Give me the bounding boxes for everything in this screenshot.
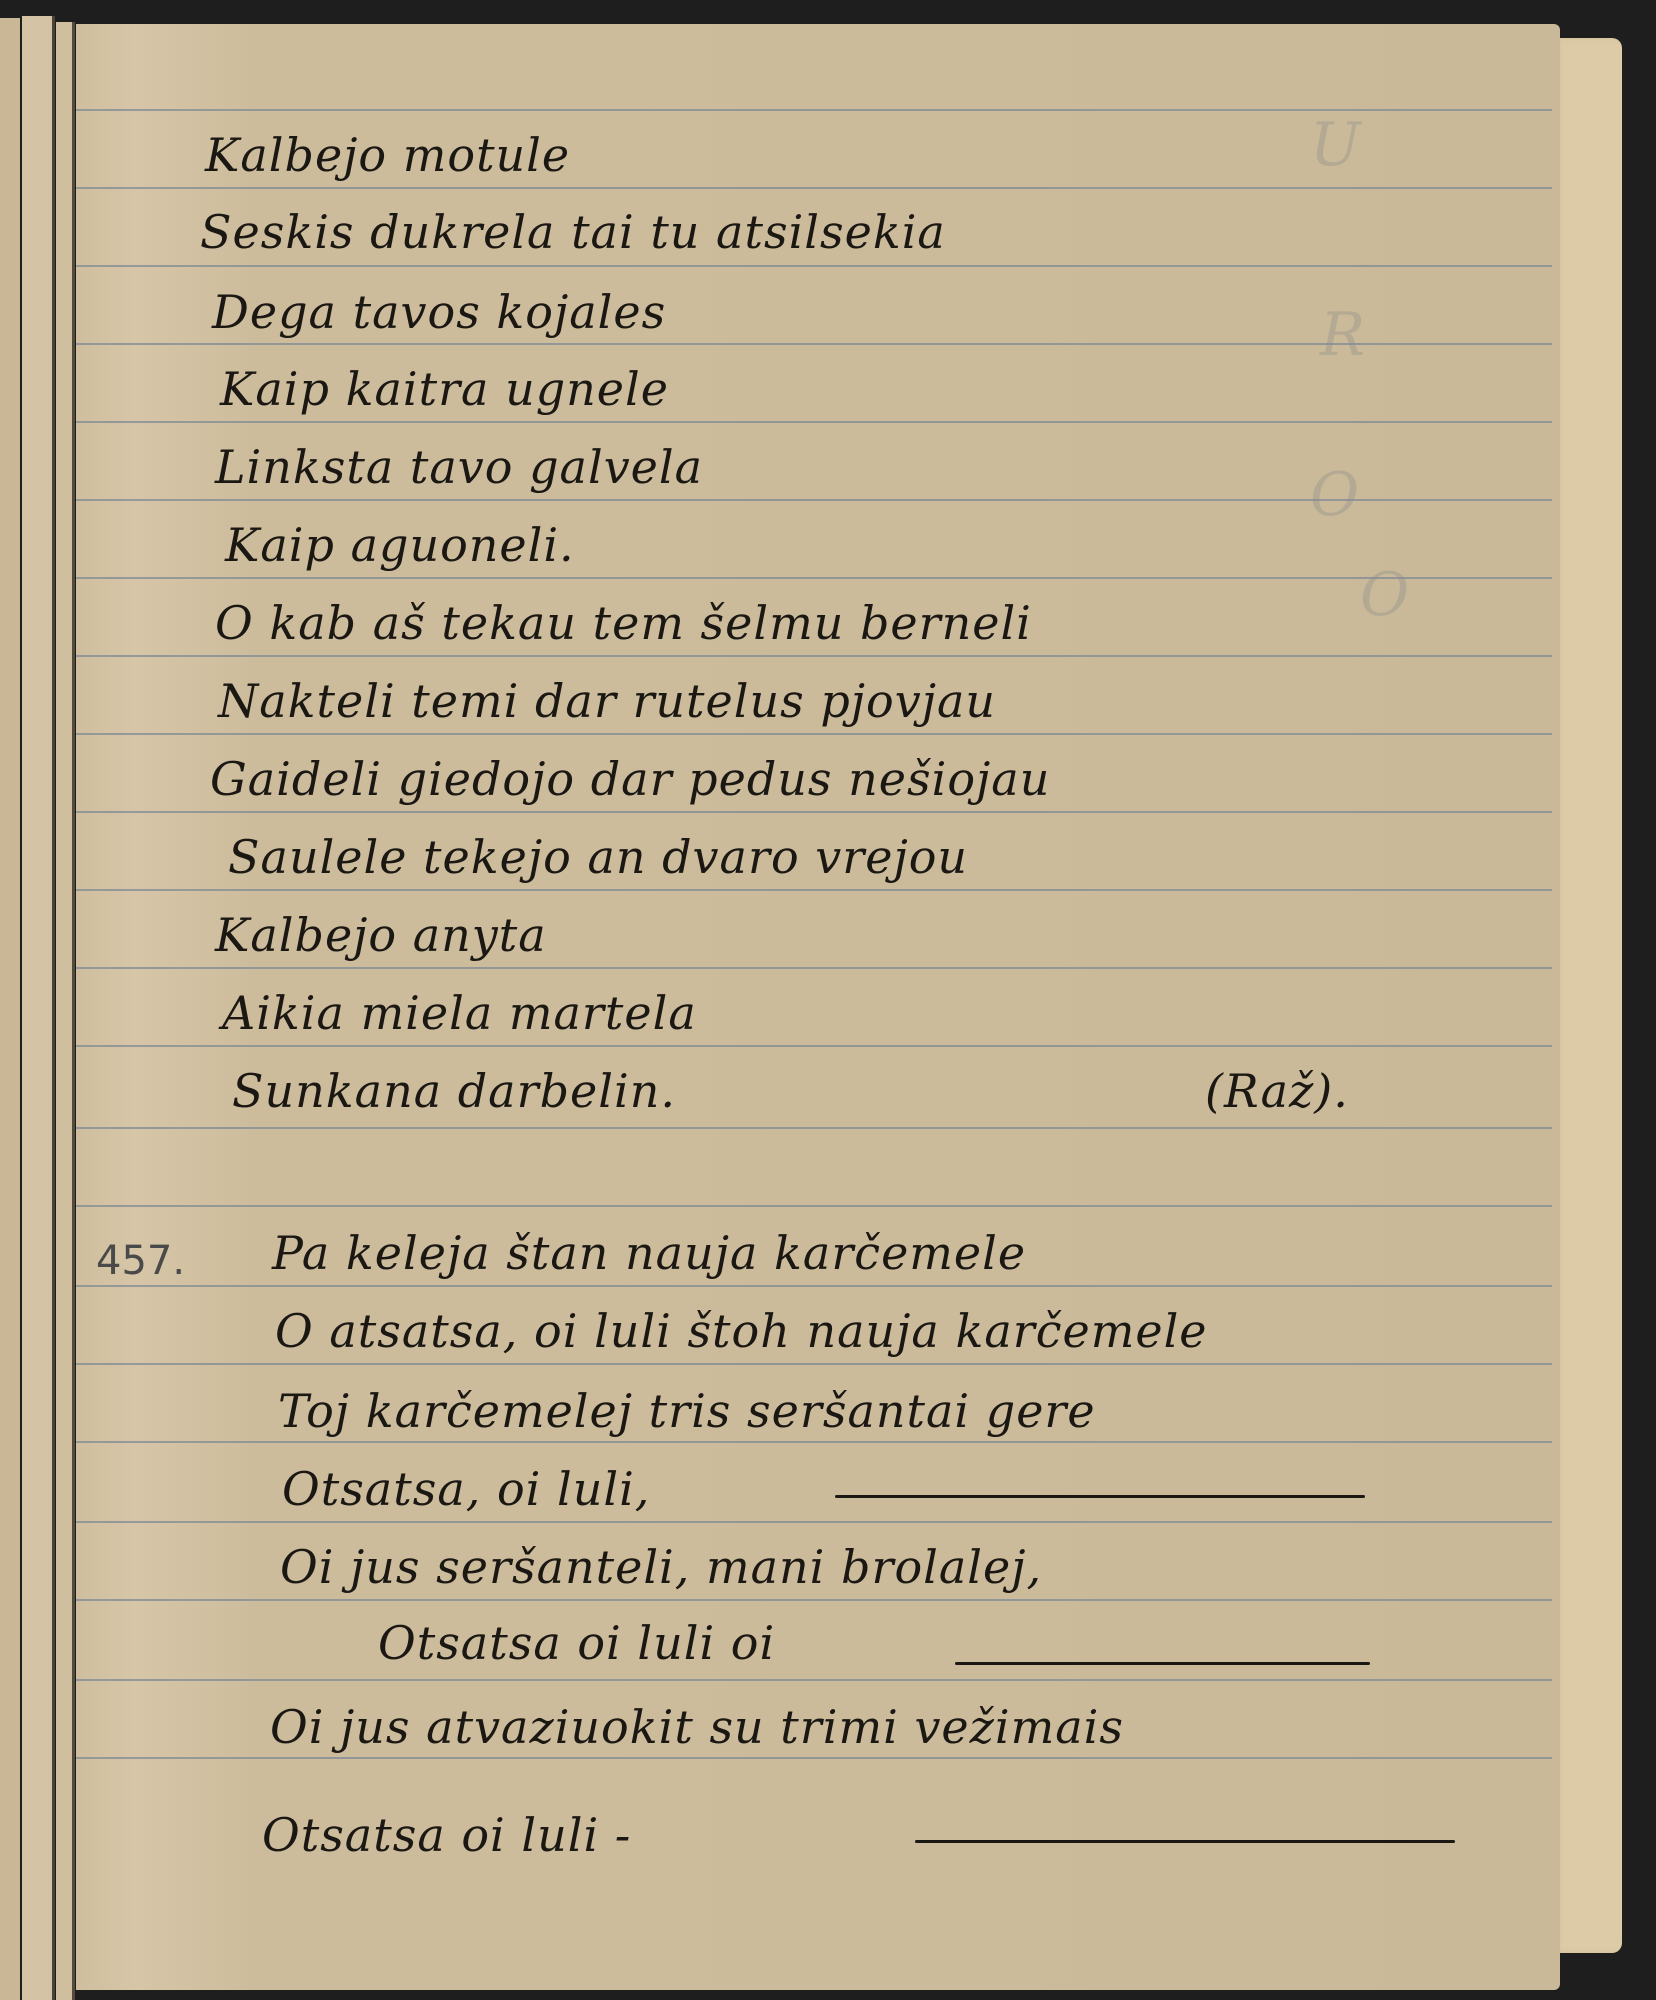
refrain-dash xyxy=(955,1662,1370,1665)
attribution-note: (Raž). xyxy=(1205,1064,1349,1118)
ruled-line xyxy=(76,1679,1552,1681)
handwritten-line: Oi jus atvaziuokit su trimi vežimais xyxy=(270,1700,1124,1754)
ruled-line xyxy=(76,265,1552,267)
handwritten-line: O kab aš tekau tem šelmu berneli xyxy=(215,596,1032,650)
handwritten-line: O atsatsa, oi luli štoh nauja karčemele xyxy=(275,1304,1208,1358)
ruled-line xyxy=(76,1205,1552,1207)
ruled-line xyxy=(76,421,1552,423)
ruled-line xyxy=(76,967,1552,969)
ruled-line xyxy=(76,577,1552,579)
handwritten-line: Kalbejo anyta xyxy=(215,908,547,962)
ruled-line xyxy=(76,733,1552,735)
ruled-line xyxy=(76,187,1552,189)
handwritten-line: Oi jus seršanteli, mani brolalej, xyxy=(280,1540,1042,1594)
handwritten-line: Kaip kaitra ugnele xyxy=(220,362,669,416)
bleed-through-mark: U xyxy=(1310,110,1361,180)
handwritten-line: Gaideli giedojo dar pedus nešiojau xyxy=(210,752,1050,806)
ruled-line xyxy=(76,1127,1552,1129)
page-stack-edge xyxy=(1552,38,1622,1953)
refrain-dash xyxy=(835,1495,1365,1498)
handwritten-line: Kaip aguoneli. xyxy=(225,518,575,572)
ruled-line xyxy=(76,1441,1552,1443)
ruled-line xyxy=(76,1521,1552,1523)
ruled-line xyxy=(76,1045,1552,1047)
handwritten-line: Otsatsa oi luli oi xyxy=(378,1616,775,1670)
bleed-through-mark: R xyxy=(1320,300,1365,370)
notebook-binding-edge xyxy=(56,22,75,2000)
refrain-dash xyxy=(915,1840,1455,1843)
handwritten-line: Seskis dukrela tai tu atsilsekia xyxy=(200,205,946,259)
handwritten-line: Dega tavos kojales xyxy=(212,285,666,339)
handwritten-line: Otsatsa, oi luli, xyxy=(282,1462,650,1516)
ruled-line xyxy=(76,1757,1552,1759)
bleed-through-mark: O xyxy=(1360,560,1409,630)
handwritten-line: Saulele tekejo an dvaro vrejou xyxy=(228,830,968,884)
handwritten-line: Nakteli temi dar rutelus pjovjau xyxy=(218,674,996,728)
handwritten-line: Kalbejo motule xyxy=(205,128,570,182)
handwritten-line: Aikia miela martela xyxy=(222,986,697,1040)
handwritten-line: Otsatsa oi luli - xyxy=(262,1808,631,1862)
ruled-line xyxy=(76,655,1552,657)
handwritten-line: Pa keleja štan nauja karčemele xyxy=(272,1226,1026,1280)
handwritten-line: Linksta tavo galvela xyxy=(215,440,703,494)
ruled-line xyxy=(76,889,1552,891)
ruled-line xyxy=(76,1363,1552,1365)
ruled-line xyxy=(76,1285,1552,1287)
notebook-binding-edge xyxy=(22,16,55,2000)
handwritten-line: Toj karčemelej tris seršantai gere xyxy=(278,1384,1096,1438)
ruled-line xyxy=(76,1599,1552,1601)
bleed-through-mark: O xyxy=(1310,460,1359,530)
ruled-line xyxy=(76,811,1552,813)
handwritten-line: Sunkana darbelin. xyxy=(232,1064,676,1118)
notebook-binding-edge xyxy=(0,18,20,2000)
song-number: 457. xyxy=(96,1238,185,1284)
